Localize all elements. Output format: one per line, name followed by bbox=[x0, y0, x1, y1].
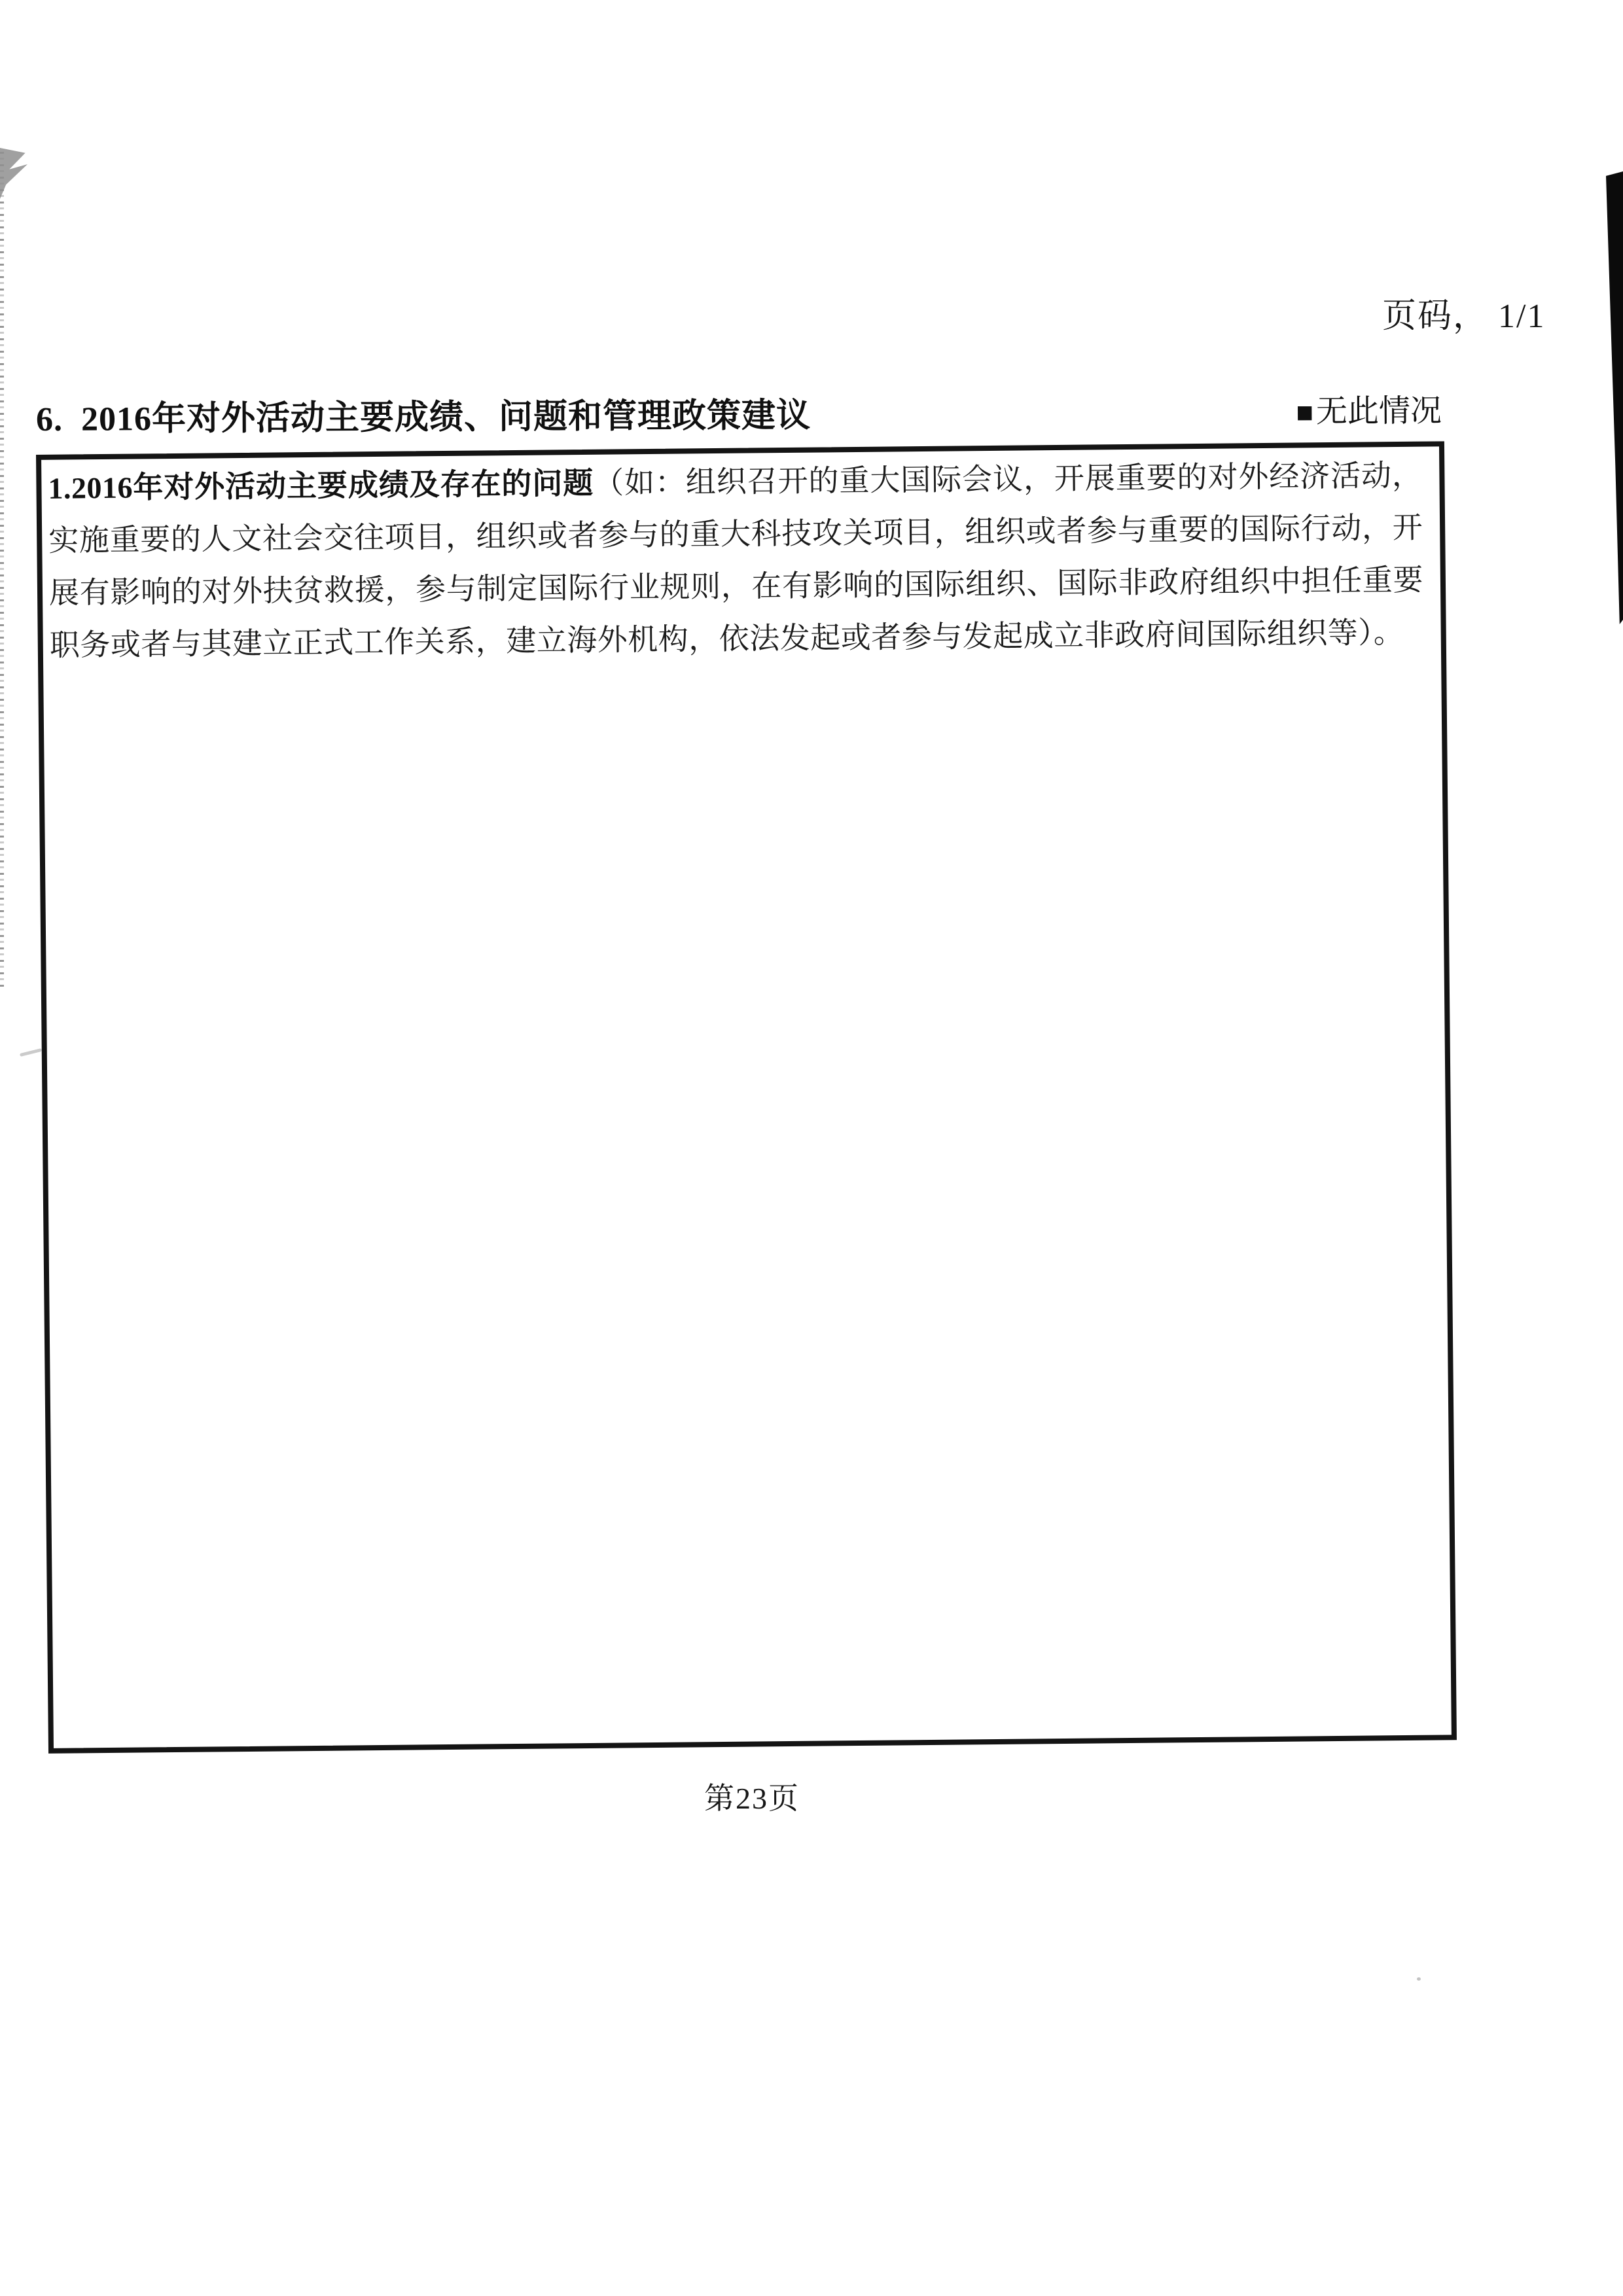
box-line1-rest: （如：组织召开的重大国际会议，开展重要的对外经济活动， bbox=[594, 459, 1423, 500]
content-box: 1.2016年对外活动主要成绩及存在的问题（如：组织召开的重大国际会议，开展重要… bbox=[36, 441, 1457, 1754]
page-number-label: 页码， 1/1 bbox=[1382, 288, 1545, 337]
scan-artifact-right-wedge bbox=[1606, 171, 1623, 624]
scan-artifact-speck bbox=[1417, 1977, 1421, 1981]
scan-artifact-scratch bbox=[20, 1048, 42, 1057]
no-situation-label: 无此情况 bbox=[1316, 394, 1442, 429]
scan-artifact-corner-smudge bbox=[0, 148, 27, 199]
section-heading-row: 6. 2016年对外活动主要成绩、问题和管理政策建议 ■无此情况 bbox=[36, 384, 1442, 440]
section-heading: 6. 2016年对外活动主要成绩、问题和管理政策建议 bbox=[36, 387, 811, 440]
box-line1-bold-lead: 1.2016年对外活动主要成绩及存在的问题 bbox=[48, 467, 594, 505]
no-situation-checkbox: ■无此情况 bbox=[1296, 385, 1442, 431]
filled-checkbox-icon: ■ bbox=[1296, 397, 1313, 429]
footer-page-label: 第23页 bbox=[704, 1775, 800, 1818]
scan-artifact-left-noise-line bbox=[0, 152, 4, 989]
